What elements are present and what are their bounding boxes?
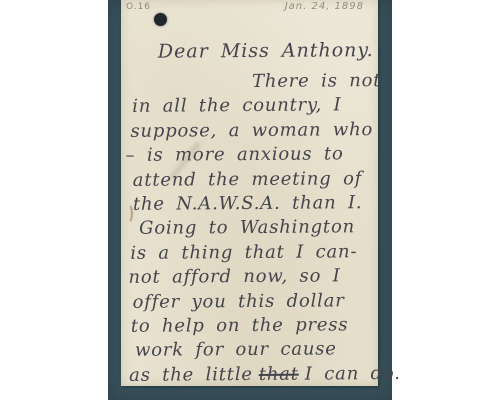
letter-line: attend the meeting of [133,167,378,193]
mat-background: O.16 Jan. 24, 1898 Dear Miss Anthony. Th… [108,0,392,400]
letter-text: Dear Miss Anthony. There is not in all t… [120,39,379,388]
hole-punch-dot [154,13,167,26]
letter-line: – is more anxious to [126,142,378,168]
final-line-suffix: I can do. [305,363,401,385]
scan-viewport: O.16 Jan. 24, 1898 Dear Miss Anthony. Th… [0,0,500,400]
letter-line: the N.A.W.S.A. than I. [133,191,378,217]
letter-line: There is not [252,69,377,94]
letter-line: is a thing that I can- [130,240,378,266]
letter-line: suppose, a woman who [130,118,377,144]
struck-word: that [259,363,299,384]
letter-line: work for our cause [135,337,379,363]
letter-line: in all the country, I [132,93,377,119]
date-annotation: Jan. 24, 1898 [285,1,364,12]
letter-line: to help on the press [131,313,379,339]
letter-line: Going to Washington [139,215,378,241]
catalog-annotation: O.16 [126,2,151,12]
letter-line: not afford now, so I [128,264,378,290]
letter-line-final: as the littlethatI can do. [129,362,379,388]
letter-greeting: Dear Miss Anthony. [158,39,377,71]
letter-line: offer you this dollar [133,289,379,315]
letter-page: O.16 Jan. 24, 1898 Dear Miss Anthony. Th… [121,0,378,386]
final-line-prefix: as the little [129,364,253,386]
